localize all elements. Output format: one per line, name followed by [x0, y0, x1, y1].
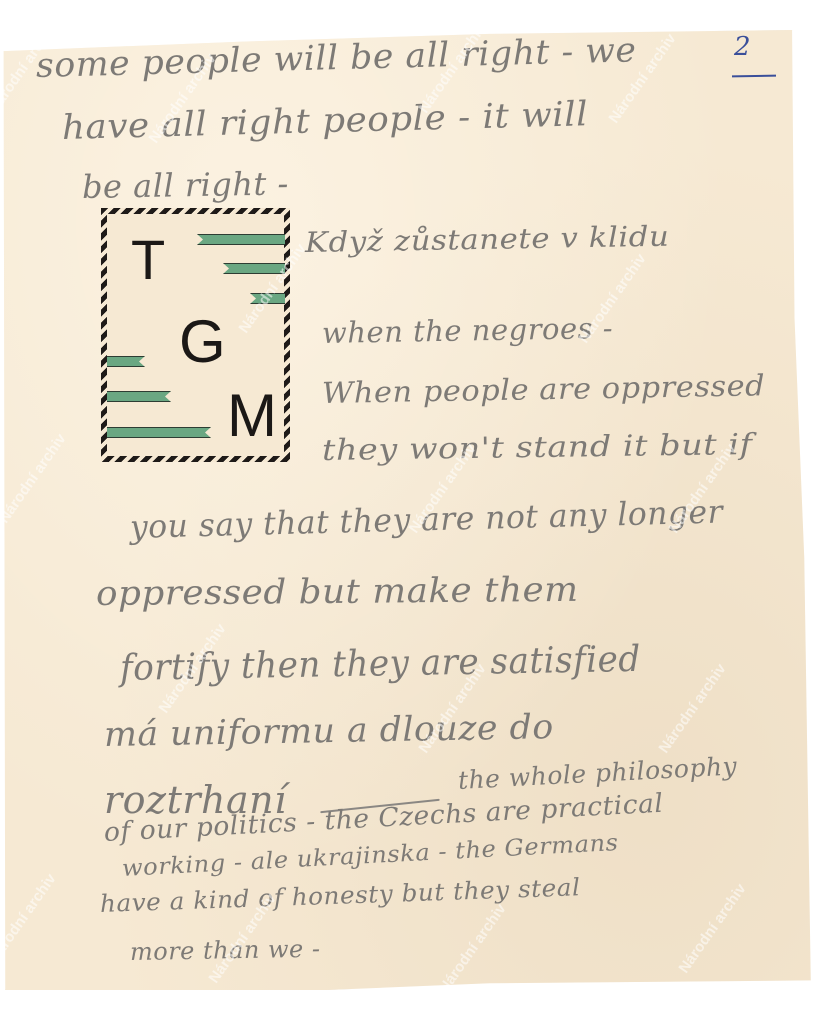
green-ribbon-2 [223, 263, 285, 274]
handwritten-line-8: oppressed but make them [96, 570, 579, 614]
handwritten-line-czech-1: Když zůstanete v klidu [305, 220, 670, 259]
green-ribbon-3 [250, 293, 285, 304]
handwritten-line-6: they won't stand it but if [322, 427, 753, 467]
monogram-letter-m: M [227, 386, 277, 446]
handwritten-line-czech-2: má uniformu a dlouze do [104, 707, 554, 755]
page-number: 2 [734, 32, 751, 62]
green-ribbon-6 [107, 427, 211, 438]
monogram-letter-t: T [131, 232, 165, 288]
handwritten-line-3: be all right - [82, 164, 289, 206]
green-ribbon-4 [107, 356, 145, 367]
monogram-letter-g: G [179, 312, 226, 372]
handwritten-line-14: more than we - [130, 935, 321, 966]
handwritten-line-4: when the negroes - [322, 311, 614, 350]
tgm-monogram: T G M [101, 208, 290, 462]
green-ribbon-5 [107, 391, 171, 402]
green-ribbon-1 [197, 234, 285, 245]
